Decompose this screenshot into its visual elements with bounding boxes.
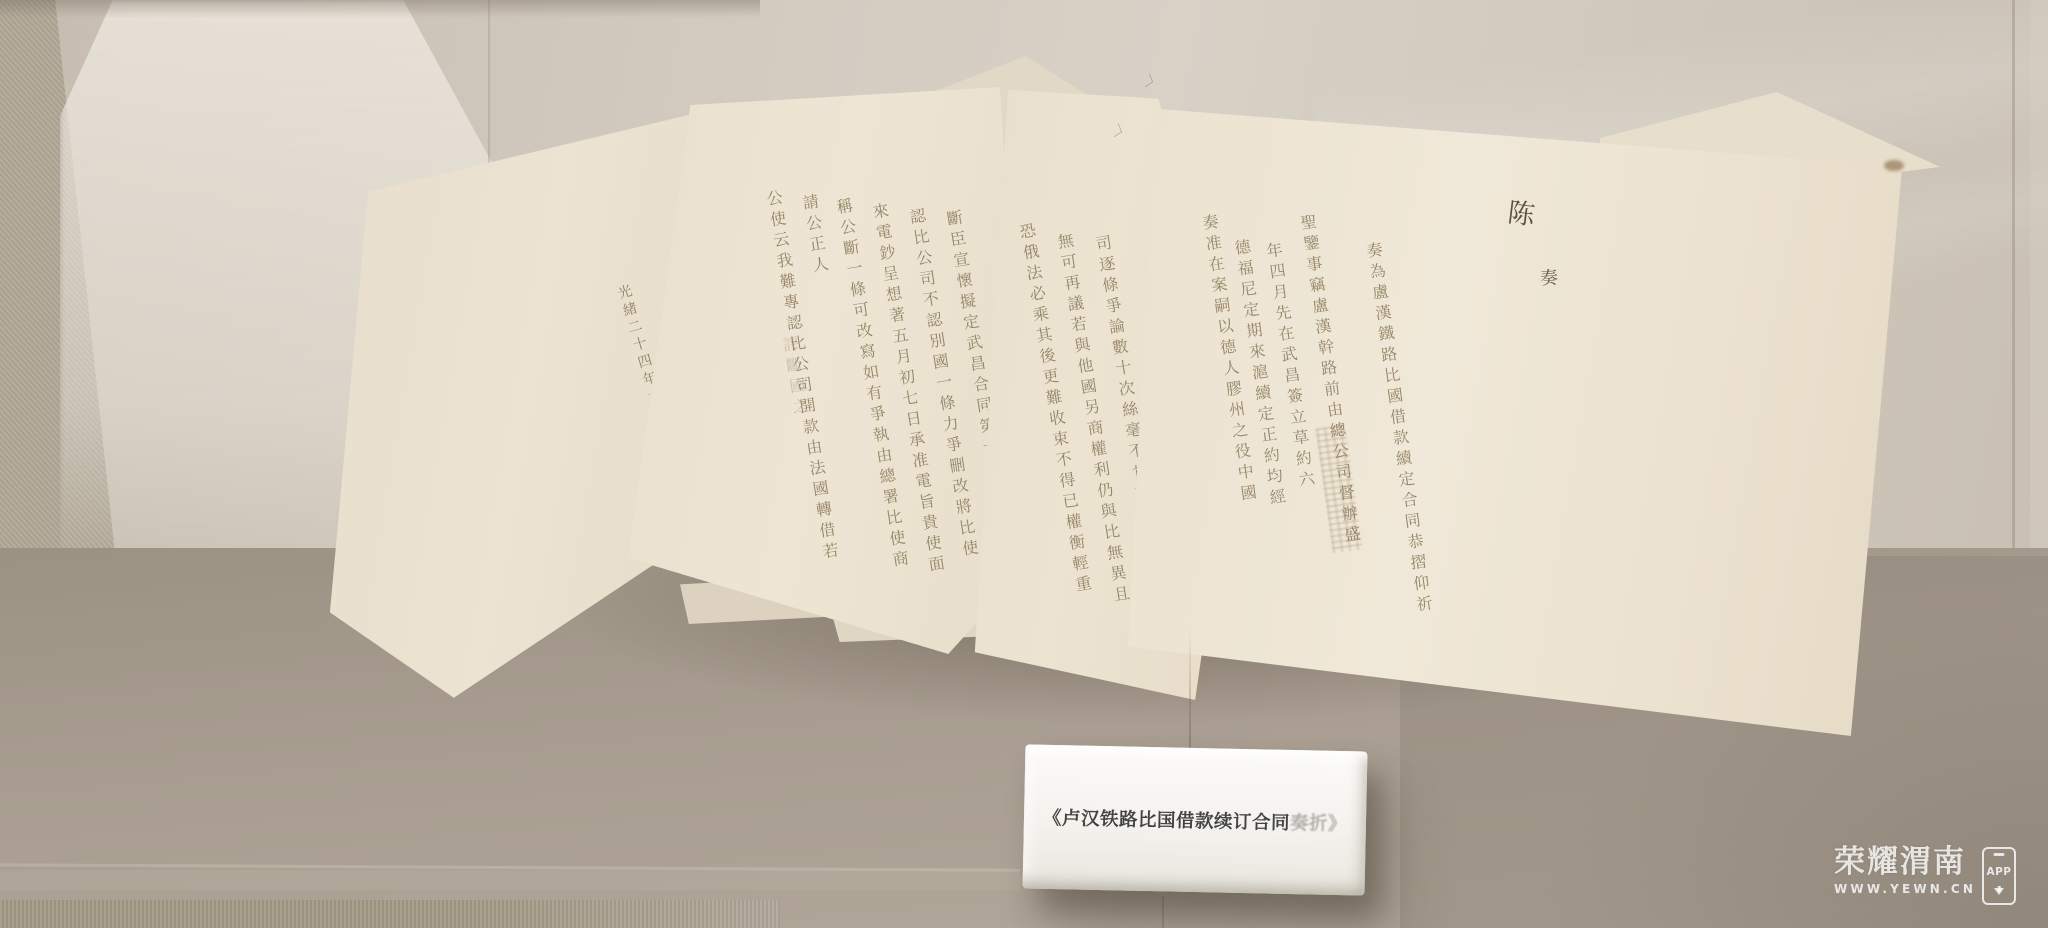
glass-right-edge <box>2012 0 2015 600</box>
museum-display-case-photo: 光緒二十四年六月 十四 日 斷臣宣懷擬定武昌合同第十四款總公司專 認比公司不認別… <box>0 0 2048 928</box>
label-stand-rod <box>1189 628 1191 752</box>
exhibit-label-title-faded: 奏折》 <box>1290 809 1348 836</box>
exhibit-label-plaque: 《卢汉铁路比国借款续订合同奏折》 <box>1023 744 1368 895</box>
case-front-fabric-edge <box>0 900 780 928</box>
memorial-cover-char: 奏 <box>1539 263 1559 290</box>
watermark-app-badge: APP <box>1986 866 2011 878</box>
memorial-first-leaf: 奏為盧漢鐵路比國借款續定合同恭摺仰祈 聖鑒事竊盧漢幹路前由總公司督辦盛 年四月先… <box>1128 96 1918 736</box>
manuscript-column: 公使云我難專認比公司開款由法國轉借若 <box>764 189 839 565</box>
glass-seam <box>488 0 490 170</box>
manuscript-column: 請公正人 <box>800 193 829 278</box>
case-top-shadow <box>0 0 760 18</box>
download-arrow-icon <box>1994 888 2004 900</box>
deck-seam-band <box>0 870 1020 890</box>
paper-stain <box>1884 160 1904 171</box>
phone-notch <box>1994 853 2005 856</box>
cursive-endorsement-mark: 陈 <box>1506 191 1538 233</box>
manuscript-column: 奏為盧漢鐵路比國借款續定合同恭摺仰祈 <box>1364 241 1432 618</box>
glass-right-edge-highlight <box>2030 0 2048 640</box>
manuscript-column: 恐俄法必乘其後更難收束不得已權衡輕重 <box>1017 222 1092 598</box>
exhibit-label-face: 《卢汉铁路比国借款续订合同奏折》 <box>1035 759 1355 882</box>
label-stand-rod <box>1162 896 1164 928</box>
exhibit-label-title: 《卢汉铁路比国借款续订合同 <box>1043 804 1291 835</box>
watermark: 荣耀渭南 WWW.YEWN.CN APP <box>1834 846 2034 896</box>
smartphone-download-icon: APP <box>1982 847 2016 905</box>
